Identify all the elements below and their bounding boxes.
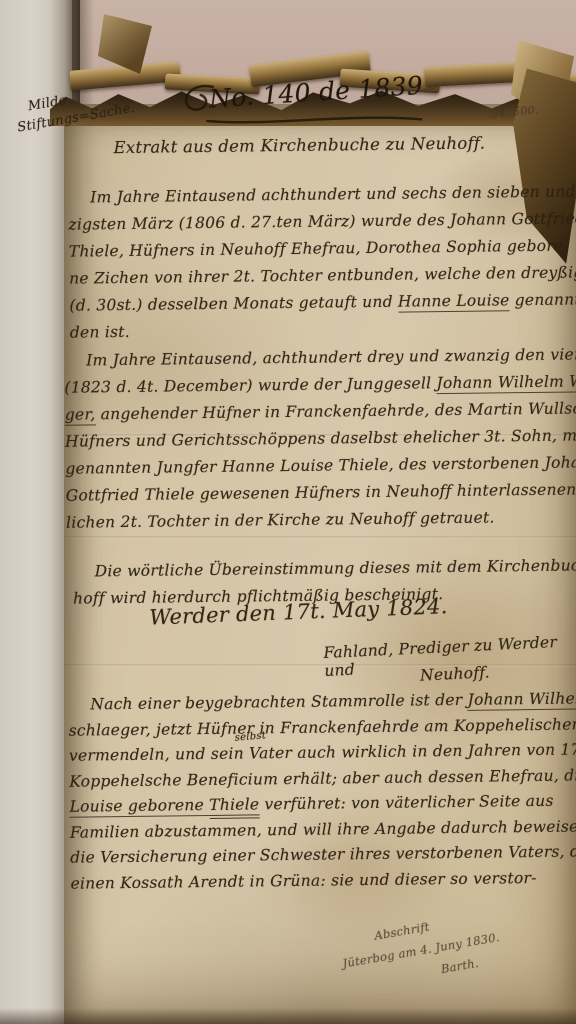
text-segment: einen Kossath Arendt in Grüna: sie und d… — [70, 868, 536, 892]
margin-note: Milde Stiftungs=Sache. — [27, 80, 137, 135]
text-segment: (1823 d. 4t. December) wurde der Jungges… — [64, 374, 436, 397]
text-segment: Johann Wilhelm Wullschlä- — [436, 372, 576, 395]
text-segment: lichen 2t. Tochter in der Kirche zu Neuh… — [66, 508, 495, 531]
text-segment: die Versicherung einer Schwester ihres v… — [70, 842, 576, 866]
page-bottom-shadow — [0, 1008, 576, 1024]
text-segment: ne Zichen von ihrer 2t. Tochter entbunde… — [69, 263, 576, 288]
text-segment: (d. 30st.) desselben Monats getauft und — [69, 293, 398, 315]
paragraph-genealogy-note: Nach einer beygebrachten Stammrolle ist … — [68, 686, 576, 897]
text-segment: Familien abzustammen, und will ihre Anga… — [70, 817, 576, 841]
text-segment: Gottfried Thiele gewesenen Hüfners in Ne… — [66, 480, 576, 505]
text-segment: ger, — [65, 405, 96, 425]
signature-pastor-place: Neuhoff. — [420, 663, 491, 684]
text-segment: Im Jahre Eintausend, achthundert drey un… — [86, 344, 576, 369]
text-segment: verführet: von väterlicher Seite aus — [259, 792, 554, 814]
text-segment: Thiele — [209, 795, 259, 819]
text-segment: zigsten März (1806 d. 27.ten März) wurde… — [68, 209, 576, 233]
handwriting-layer: Milde Stiftungs=Sache. No. 140 de 1839 3… — [0, 0, 576, 1024]
text-segment: Hanne Louise — [398, 291, 510, 312]
text-segment: genannt wor- — [509, 290, 576, 309]
folio-number: 34. 500. — [491, 103, 539, 120]
text-segment: angehender Hüfner in Franckenfaehrde, de… — [95, 399, 576, 424]
archive-annotation: Abschrift Jüterbog am 4. Juny 1830. Bart… — [373, 904, 505, 990]
text-segment: Nach einer beygebrachten Stammrolle ist … — [90, 691, 467, 714]
text-segment: Im Jahre Eintausend achthundert und sech… — [90, 182, 576, 207]
text-segment: vermendeln, und sein Vater auch wirklich… — [69, 740, 576, 765]
document-subtitle: Extrakt aus dem Kirchenbuche zu Neuhoff. — [113, 134, 485, 158]
text-segment: Die wörtliche Übereinstimmung dieses mit… — [95, 555, 576, 580]
text-segment: Hüfners und Gerichtsschöppens daselbst e… — [65, 425, 576, 450]
text-segment: genannten Jungfer Hanne Louise Thiele, d… — [65, 453, 576, 478]
text-segment: Louise geborene — [69, 796, 209, 818]
heading-underline-swash — [205, 110, 425, 132]
text-segment: den ist. — [70, 323, 130, 342]
manuscript-photo: Milde Stiftungs=Sache. No. 140 de 1839 3… — [0, 0, 576, 1024]
paragraph-marriage-record: Im Jahre Eintausend, achthundert drey un… — [64, 340, 576, 536]
text-segment: schlaeger, jetzt Hüfner in Franckenfaehr… — [69, 715, 576, 739]
document-number-heading: No. 140 de 1839 — [208, 71, 424, 114]
text-segment: Koppehelsche Beneficium erhält; aber auc… — [69, 766, 576, 790]
text-segment: Johann Wilhelm W- — [467, 689, 576, 711]
text-segment: Thiele, Hüfners in Neuhoff Ehefrau, Doro… — [69, 237, 569, 261]
paragraph-birth-record: Im Jahre Eintausend achthundert und sech… — [68, 178, 576, 347]
